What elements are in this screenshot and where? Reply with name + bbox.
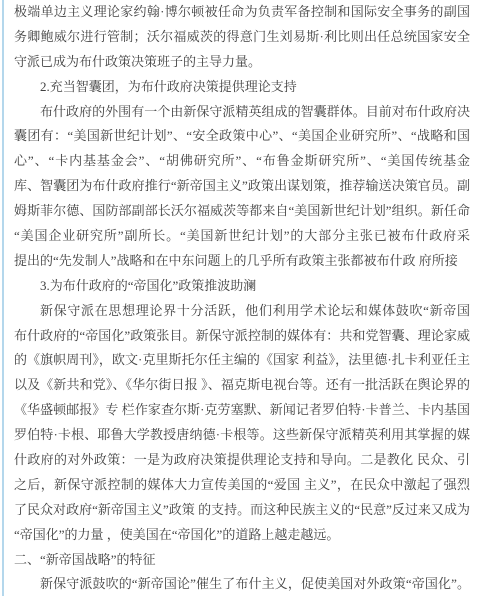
text-line: 新保守派鼓吹的“新帝国论”催生了布什主义，促使美国对外政策“帝国化”。布什政府的… <box>14 572 470 596</box>
text-line: 守派已成为布什政策决策班子的主导力量。 <box>14 50 470 75</box>
text-line: 极端单边主义理论家约翰·博尔顿被任命为负责军备控制和国际安全事务的副国务卿，对属… <box>14 0 470 25</box>
heading-line: 2.充当智囊团，为布什政府决策提供理论支持 <box>14 75 470 100</box>
document-body: 极端单边主义理论家约翰·博尔顿被任命为负责军备控制和国际安全事务的副国务卿，对属… <box>0 0 482 596</box>
text-line: 了民众对政府“新帝国主义”政策 的支持。而这种民族主义的“民意”反过来又成为推动… <box>14 498 470 523</box>
text-line: 布什政府的“帝国化”政策张目。新保守派控制的媒体有：共和党智囊、理论家威廉·克里… <box>14 324 470 349</box>
text-line: 以及《新共和党》、《华尔街日报 》、福克斯电视台等。还有一批活跃在舆论界的新保守… <box>14 373 470 398</box>
text-line: “帝国化”的力量 ，使美国在“帝国化”的道路上越走越远。 <box>14 523 470 548</box>
heading-line: 二、“新帝国战略”的特征 <box>14 548 470 573</box>
text-line: 《华盛顿邮报》专 栏作家查尔斯·克劳塞默、新闻记者罗伯特·卡普兰、卡内基国际和平… <box>14 398 470 423</box>
text-line: 务卿鲍威尔进行管制；沃尔福威茨的得意门生刘易斯·利比则出任总统国家安全事务副顾问… <box>14 25 470 50</box>
heading-line: 3.为布什政府的“帝国化”政策推波助澜 <box>14 274 470 299</box>
text-line: 库、智囊团为布什政府推行“新帝国主义”政策出谋划策，推荐输送决策官员。副总统切尼… <box>14 174 470 199</box>
text-line: 的《旗帜周刊》，欧文·克里斯托尔任主编的《国家 利益》，法里德·扎卡利亚任主编《… <box>14 348 470 373</box>
text-line: 新保守派在思想理论界十分活跃，他们利用学术论坛和媒体鼓吹“新帝国论”，借以教化民… <box>14 299 470 324</box>
text-line: 罗伯特·卡根、耶鲁大学教授唐纳德·卡根等。这些新保守派精英利用其掌握的媒体， 从… <box>14 423 470 448</box>
text-line: “美国企业研究所”副所长。“美国新世纪计划”的大部分主张已被布什政府采纳。“美国… <box>14 224 470 249</box>
text-line: 囊团有：“美国新世纪计划”、“安全政策中心”、“美国企业研究所”、“战略和国际问… <box>14 124 470 149</box>
text-line: 之后，新保守派控制的媒体大力宣传美国的“爱国 主义”，在民众中激起了强烈的民族主… <box>14 473 470 498</box>
text-line: 什政府的对外政策：一是为政府决策提供理论支持和导向。二是教化 民众、引导舆论。如… <box>14 448 470 473</box>
text-line: 姆斯菲尔德、国防部副部长沃尔福威茨等都来自“美国新世纪计划”组织。新任命的副国务… <box>14 199 470 224</box>
text-line: 布什政府的外围有一个由新保守派精英组成的智囊群体。目前对布什政府决策影响较大的新… <box>14 100 470 125</box>
text-line: 提出的“先发制人”战略和在中东问题上的几乎所有政策主张都被布什政 府所接受。 <box>14 249 470 274</box>
document-page: 极端单边主义理论家约翰·博尔顿被任命为负责军备控制和国际安全事务的副国务卿，对属… <box>0 0 482 596</box>
text-line: 心”、“卡内基基金会”、“胡佛研究所”、“布鲁金斯研究所”、“美国传统基金会”等… <box>14 149 470 174</box>
